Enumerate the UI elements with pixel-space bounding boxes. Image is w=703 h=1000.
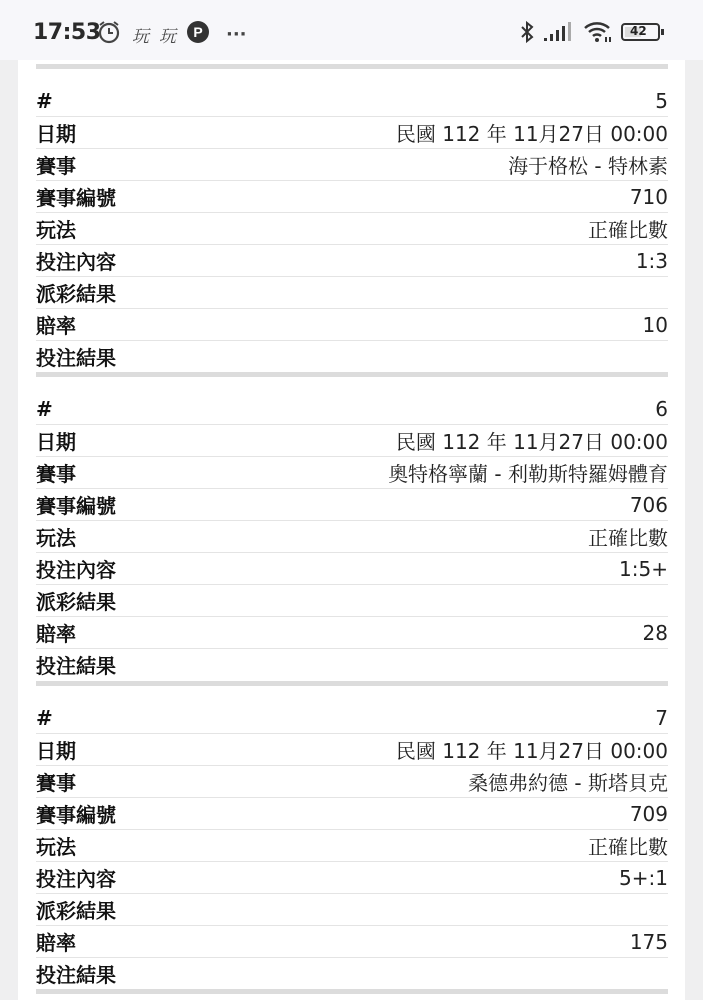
app-notification-icon: 玩 <box>132 22 149 47</box>
bluetooth-icon <box>519 20 535 48</box>
row-bet-result: 投注結果 <box>36 341 668 372</box>
value-match: 桑德弗約德 - 斯塔貝克 <box>468 767 668 796</box>
label-date: 日期 <box>36 426 76 455</box>
value-index: 7 <box>655 706 668 730</box>
label-index: # <box>36 397 53 421</box>
value-bet-content: 1:5+ <box>619 557 668 581</box>
label-match-no: 賽事編號 <box>36 182 116 211</box>
row-play-type: 玩法正確比數 <box>36 213 668 245</box>
row-play-type: 玩法正確比數 <box>36 521 668 553</box>
row-bet-result: 投注結果 <box>36 649 668 680</box>
status-bar: 17:53 玩 玩 P ··· 42 <box>0 0 703 60</box>
label-match-no: 賽事編號 <box>36 490 116 519</box>
row-odds: 賠率10 <box>36 309 668 341</box>
label-match-no: 賽事編號 <box>36 799 116 828</box>
row-match: 賽事奧特格寧蘭 - 利勒斯特羅姆體育 <box>36 457 668 489</box>
row-date: 日期民國 112 年 11月27日 00:00 <box>36 117 668 149</box>
row-index: #5 <box>36 85 668 117</box>
row-match: 賽事海于格松 - 特林素 <box>36 149 668 181</box>
record-divider <box>36 989 668 994</box>
label-index: # <box>36 89 53 113</box>
value-date: 民國 112 年 11月27日 00:00 <box>396 426 668 455</box>
row-payout-result: 派彩結果 <box>36 894 668 926</box>
label-bet-content: 投注內容 <box>36 863 116 892</box>
value-play-type: 正確比數 <box>588 522 668 551</box>
label-match: 賽事 <box>36 150 76 179</box>
value-odds: 28 <box>643 621 668 645</box>
row-match: 賽事桑德弗約德 - 斯塔貝克 <box>36 766 668 798</box>
label-play-type: 玩法 <box>36 214 76 243</box>
value-date: 民國 112 年 11月27日 00:00 <box>396 735 668 764</box>
label-match: 賽事 <box>36 767 76 796</box>
value-play-type: 正確比數 <box>588 831 668 860</box>
row-index: #6 <box>36 393 668 425</box>
label-odds: 賠率 <box>36 618 76 647</box>
label-bet-content: 投注內容 <box>36 554 116 583</box>
bet-record: #6 日期民國 112 年 11月27日 00:00 賽事奧特格寧蘭 - 利勒斯… <box>36 372 668 680</box>
value-play-type: 正確比數 <box>588 214 668 243</box>
value-date: 民國 112 年 11月27日 00:00 <box>396 118 668 147</box>
more-dots-icon: ··· <box>226 24 247 45</box>
label-bet-result: 投注結果 <box>36 342 116 371</box>
row-match-no: 賽事編號709 <box>36 798 668 830</box>
row-bet-content: 投注內容1:3 <box>36 245 668 277</box>
label-odds: 賠率 <box>36 310 76 339</box>
row-bet-content: 投注內容5+:1 <box>36 862 668 894</box>
signal-icon <box>543 21 575 47</box>
value-match-no: 706 <box>630 493 668 517</box>
label-date: 日期 <box>36 118 76 147</box>
value-index: 5 <box>655 89 668 113</box>
value-match: 奧特格寧蘭 - 利勒斯特羅姆體育 <box>388 458 668 487</box>
row-match-no: 賽事編號706 <box>36 489 668 521</box>
label-payout-result: 派彩結果 <box>36 278 116 307</box>
label-payout-result: 派彩結果 <box>36 895 116 924</box>
row-date: 日期民國 112 年 11月27日 00:00 <box>36 425 668 457</box>
label-play-type: 玩法 <box>36 831 76 860</box>
parking-p-icon: P <box>186 20 210 48</box>
alarm-clock-icon <box>96 19 122 49</box>
row-match-no: 賽事編號710 <box>36 181 668 213</box>
bet-record: #5 日期民國 112 年 11月27日 00:00 賽事海于格松 - 特林素 … <box>36 64 668 372</box>
label-bet-content: 投注內容 <box>36 246 116 275</box>
label-bet-result: 投注結果 <box>36 650 116 679</box>
value-bet-content: 1:3 <box>636 249 668 273</box>
row-play-type: 玩法正確比數 <box>36 830 668 862</box>
row-bet-result: 投注結果 <box>36 958 668 989</box>
label-odds: 賠率 <box>36 927 76 956</box>
value-odds: 10 <box>643 313 668 337</box>
value-match: 海于格松 - 特林素 <box>508 150 668 179</box>
row-odds: 賠率28 <box>36 617 668 649</box>
battery-icon: 42 <box>621 21 665 47</box>
value-match-no: 710 <box>630 185 668 209</box>
row-payout-result: 派彩結果 <box>36 277 668 309</box>
label-payout-result: 派彩結果 <box>36 586 116 615</box>
row-odds: 賠率175 <box>36 926 668 958</box>
row-index: #7 <box>36 702 668 734</box>
label-bet-result: 投注結果 <box>36 959 116 988</box>
value-odds: 175 <box>630 930 668 954</box>
row-date: 日期民國 112 年 11月27日 00:00 <box>36 734 668 766</box>
bet-record: #7 日期民國 112 年 11月27日 00:00 賽事桑德弗約德 - 斯塔貝… <box>36 681 668 994</box>
row-payout-result: 派彩結果 <box>36 585 668 617</box>
label-match: 賽事 <box>36 458 76 487</box>
app-notification-icon: 玩 <box>159 22 176 47</box>
value-index: 6 <box>655 397 668 421</box>
clock-time: 17:53 <box>33 20 101 45</box>
battery-level: 42 <box>630 24 647 38</box>
row-bet-content: 投注內容1:5+ <box>36 553 668 585</box>
label-date: 日期 <box>36 735 76 764</box>
value-match-no: 709 <box>630 802 668 826</box>
wifi-icon <box>583 20 613 48</box>
label-index: # <box>36 706 53 730</box>
label-play-type: 玩法 <box>36 522 76 551</box>
svg-text:P: P <box>193 24 202 40</box>
value-bet-content: 5+:1 <box>619 866 668 890</box>
